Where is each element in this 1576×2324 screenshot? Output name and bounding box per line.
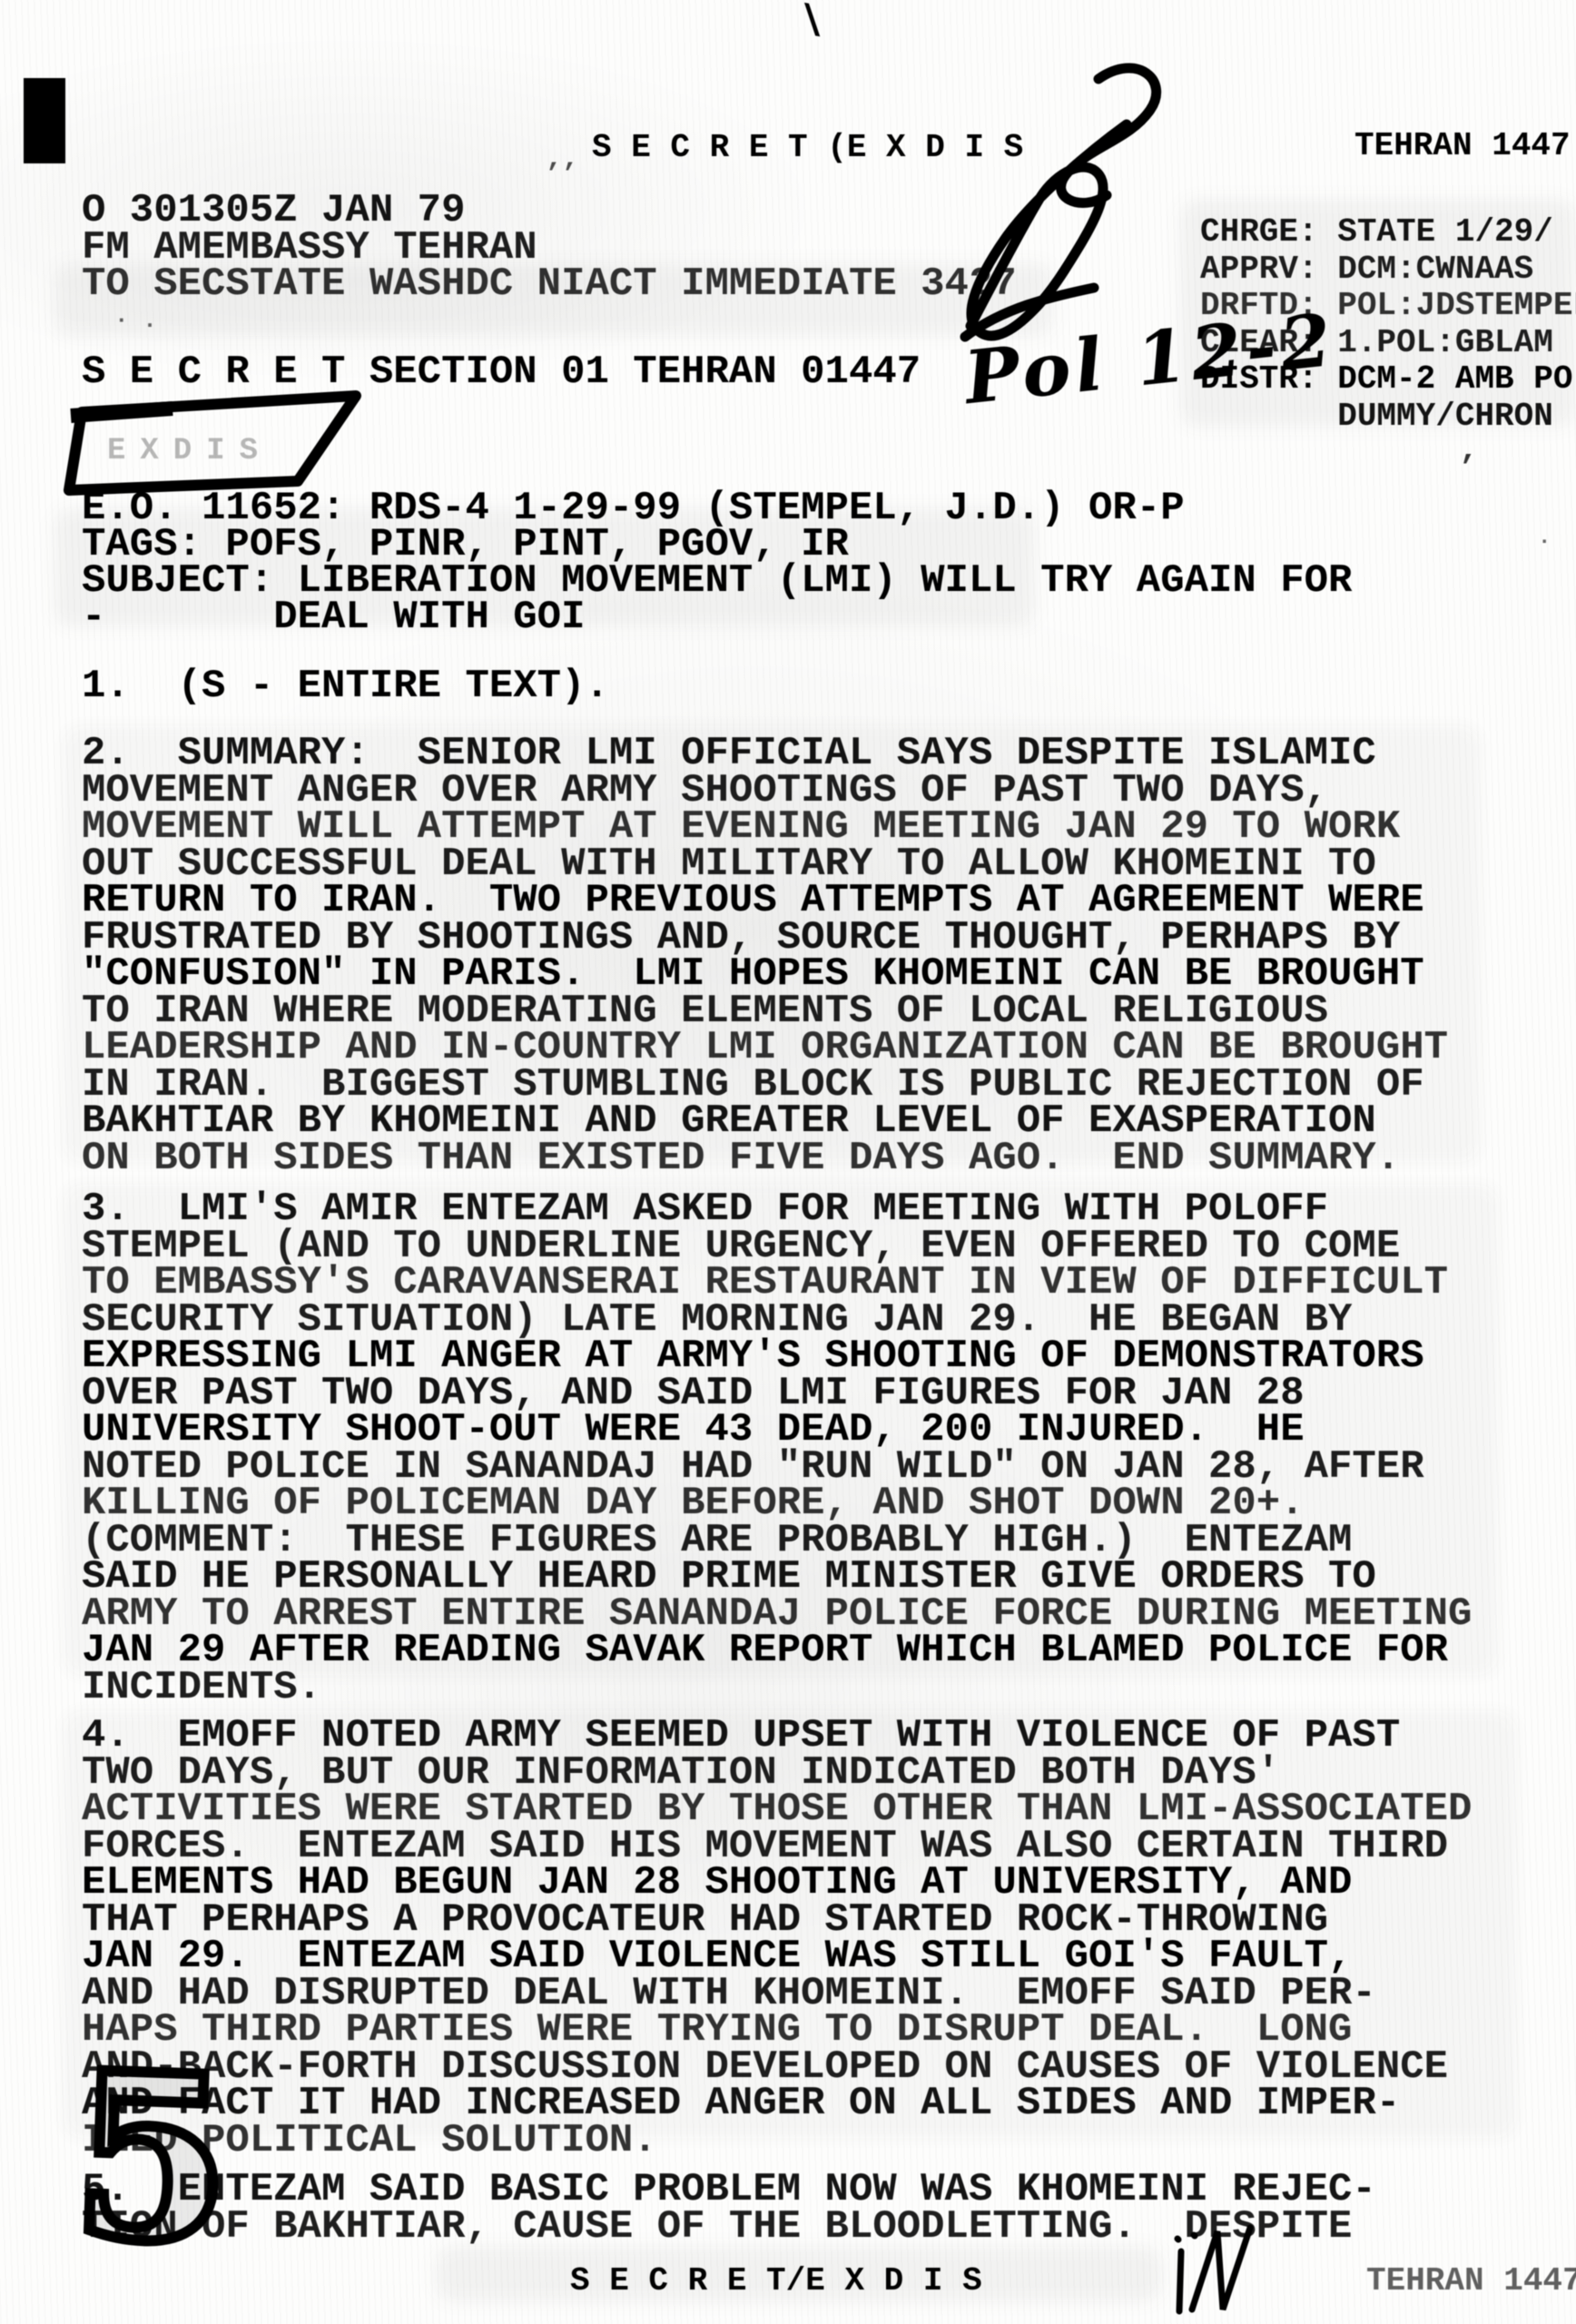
footer-pen-mark bbox=[1167, 2221, 1266, 2320]
text-line: ARMY TO ARREST ENTIRE SANANDAJ POLICE FO… bbox=[82, 1596, 1472, 1633]
text-line: BAKHTIAR BY KHOMEINI AND GREATER LEVEL O… bbox=[82, 1103, 1448, 1140]
cable-id-header: TEHRAN 1447 bbox=[1354, 127, 1571, 164]
body-paragraph-3: 3. LMI'S AMIR ENTEZAM ASKED FOR MEETING … bbox=[82, 1191, 1472, 1706]
text-line: FM AMEMBASSY TEHRAN bbox=[82, 230, 1017, 267]
subject-line-continued: - DEAL WITH GOI bbox=[82, 599, 586, 636]
cable-document-page: \ S E C R E T (E X D I S TEHRAN 1447 ’’ … bbox=[0, 0, 1576, 2324]
text-line: EXPRESSING LMI ANGER AT ARMY'S SHOOTING … bbox=[82, 1338, 1472, 1375]
text-line: IN IRAN. BIGGEST STUMBLING BLOCK IS PUBL… bbox=[82, 1067, 1448, 1104]
text-line: SECURITY SITUATION) LATE MORNING JAN 29.… bbox=[82, 1302, 1472, 1339]
page-number-stamp: 5 bbox=[47, 2041, 310, 2295]
text-line: UNIVERSITY SHOOT-OUT WERE 43 DEAD, 200 I… bbox=[82, 1412, 1472, 1449]
stray-pen-mark: ’’ bbox=[545, 160, 577, 191]
text-line: FRUSTRATED BY SHOOTINGS AND, SOURCE THOU… bbox=[82, 920, 1448, 957]
routing-block: O 301305Z JAN 79FM AMEMBASSY TEHRANTO SE… bbox=[82, 192, 1017, 303]
stray-pen-mark: \ bbox=[795, 0, 828, 49]
text-line: 2. SUMMARY: SENIOR LMI OFFICIAL SAYS DES… bbox=[82, 735, 1448, 773]
text-line: 3. LMI'S AMIR ENTEZAM ASKED FOR MEETING … bbox=[82, 1191, 1472, 1228]
text-line: JAN 29. ENTEZAM SAID VIOLENCE WAS STILL … bbox=[82, 1938, 1472, 1975]
text-line: (COMMENT: THESE FIGURES ARE PROBABLY HIG… bbox=[82, 1522, 1472, 1560]
text-line: ON BOTH SIDES THAN EXISTED FIVE DAYS AGO… bbox=[82, 1140, 1448, 1177]
text-line: CHRGE: STATE 1/29/ bbox=[1200, 214, 1576, 251]
text-line: JAN 29 AFTER READING SAVAK REPORT WHICH … bbox=[82, 1632, 1472, 1669]
text-line: TWO DAYS, BUT OUR INFORMATION INDICATED … bbox=[82, 1755, 1472, 1792]
text-line: FORCES. ENTEZAM SAID HIS MOVEMENT WAS AL… bbox=[82, 1828, 1472, 1866]
classification-footer: S E C R E T/E X D I S bbox=[570, 2262, 982, 2299]
text-line: RETURN TO IRAN. TWO PREVIOUS ATTEMPTS AT… bbox=[82, 882, 1448, 920]
text-line: 4. EMOFF NOTED ARMY SEEMED UPSET WITH VI… bbox=[82, 1718, 1472, 1755]
body-paragraph-2: 2. SUMMARY: SENIOR LMI OFFICIAL SAYS DES… bbox=[82, 735, 1448, 1177]
text-line: KILLING OF POLICEMAN DAY BEFORE, AND SHO… bbox=[82, 1485, 1472, 1522]
text-line: OUT SUCCESSFUL DEAL WITH MILITARY TO ALL… bbox=[82, 846, 1448, 883]
text-line: MOVEMENT ANGER OVER ARMY SHOOTINGS OF PA… bbox=[82, 773, 1448, 810]
text-line: THAT PERHAPS A PROVOCATEUR HAD STARTED R… bbox=[82, 1902, 1472, 1939]
text-line: APPRV: DCM:CWNAAS bbox=[1200, 251, 1576, 289]
svg-text:5: 5 bbox=[68, 2022, 235, 2294]
stray-dot: · bbox=[1538, 530, 1551, 555]
exdis-stamp: EXDIS bbox=[107, 434, 272, 468]
text-line: NOTED POLICE IN SANANDAJ HAD "RUN WILD" … bbox=[82, 1449, 1472, 1486]
text-line: TO EMBASSY'S CARAVANSERAI RESTAURANT IN … bbox=[82, 1265, 1472, 1302]
text-line: LEADERSHIP AND IN-COUNTRY LMI ORGANIZATI… bbox=[82, 1029, 1448, 1067]
text-line: AND HAD DISRUPTED DEAL WITH KHOMEINI. EM… bbox=[82, 1975, 1472, 2013]
text-line: DUMMY/CHRON bbox=[1200, 399, 1576, 436]
cable-id-footer: TEHRAN 1447 bbox=[1366, 2262, 1576, 2299]
text-line: OVER PAST TWO DAYS, AND SAID LMI FIGURES… bbox=[82, 1375, 1472, 1413]
text-line: SAID HE PERSONALLY HEARD PRIME MINISTER … bbox=[82, 1559, 1472, 1596]
text-line: ACTIVITIES WERE STARTED BY THOSE OTHER T… bbox=[82, 1791, 1472, 1828]
text-line: INCIDENTS. bbox=[82, 1669, 1472, 1707]
body-paragraph-1: 1. (S - ENTIRE TEXT). bbox=[82, 668, 609, 705]
text-line: TO SECSTATE WASHDC NIACT IMMEDIATE 3427 bbox=[82, 266, 1017, 303]
text-line: STEMPEL (AND TO UNDERLINE URGENCY, EVEN … bbox=[82, 1228, 1472, 1265]
stray-pen-mark: ’ bbox=[1458, 452, 1476, 487]
stray-dot: · . bbox=[114, 307, 157, 334]
text-line: "CONFUSION" IN PARIS. LMI HOPES KHOMEINI… bbox=[82, 956, 1448, 993]
text-line: O 301305Z JAN 79 bbox=[82, 192, 1017, 230]
scan-corner-artifact bbox=[24, 78, 65, 163]
text-line: ELEMENTS HAD BEGUN JAN 28 SHOOTING AT UN… bbox=[82, 1865, 1472, 1902]
text-line: TO IRAN WHERE MODERATING ELEMENTS OF LOC… bbox=[82, 993, 1448, 1030]
text-line: MOVEMENT WILL ATTEMPT AT EVENING MEETING… bbox=[82, 809, 1448, 846]
section-line: S E C R E T SECTION 01 TEHRAN 01447 bbox=[82, 354, 921, 391]
